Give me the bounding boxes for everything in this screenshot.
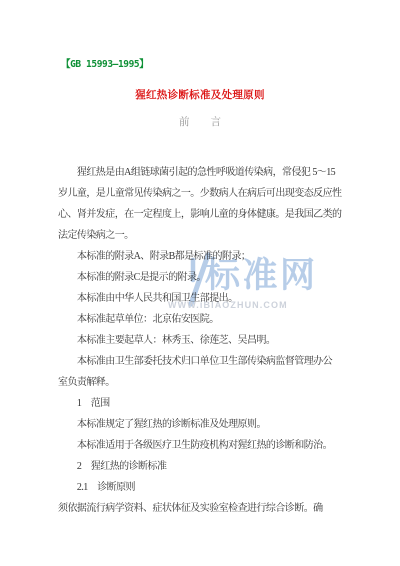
document-line: 1 范围 [58, 393, 344, 414]
document-line: 法定传染病之一。 [58, 225, 344, 246]
document-line: 本标准主要起草人：林秀玉、徐莲芝、吴昌明。 [58, 330, 344, 351]
document-line: 2 猩红热的诊断标准 [58, 456, 344, 477]
document-line: 本标准的附录C是提示的附录。 [58, 267, 344, 288]
document-line: 心、肾并发症，在一定程度上，影响儿童的身体健康。是我国乙类的 [58, 204, 344, 225]
document-page: 标准网 WWW.iBIAOZHUN.COM 【GB 15993—1995】 猩红… [0, 0, 400, 566]
document-line: 本标准由卫生部委托技术归口单位卫生部传染病监督管理办公 [58, 351, 344, 372]
document-body: 猩红热是由A组链球菌引起的急性呼吸道传染病，常侵犯 5～15岁儿童，是儿童常见传… [58, 162, 344, 519]
standard-code: 【GB 15993—1995】 [61, 56, 148, 70]
document-line: 本标准规定了猩红热的诊断标准及处理原则。 [58, 414, 344, 435]
document-line: 室负责解释。 [58, 372, 344, 393]
document-line: 本标准由中华人民共和国卫生部提出。 [58, 288, 344, 309]
foreword-heading: 前 言 [58, 114, 342, 129]
document-line: 岁儿童，是儿童常见传染病之一。少数病人在病后可出现变态反应性 [58, 183, 344, 204]
document-line: 须依据流行病学资料、症状体征及实验室检查进行综合诊断。确 [58, 498, 344, 519]
document-line: 猩红热是由A组链球菌引起的急性呼吸道传染病，常侵犯 5～15 [58, 162, 344, 183]
document-title: 猩红热诊断标准及处理原则 [58, 87, 342, 102]
document-line: 本标准适用于各级医疗卫生防疫机构对猩红热的诊断和防治。 [58, 435, 344, 456]
document-line: 本标准起草单位：北京佑安医院。 [58, 309, 344, 330]
document-line: 本标准的附录A、附录B都是标准的附录； [58, 246, 344, 267]
document-line: 2.1 诊断原则 [58, 477, 344, 498]
